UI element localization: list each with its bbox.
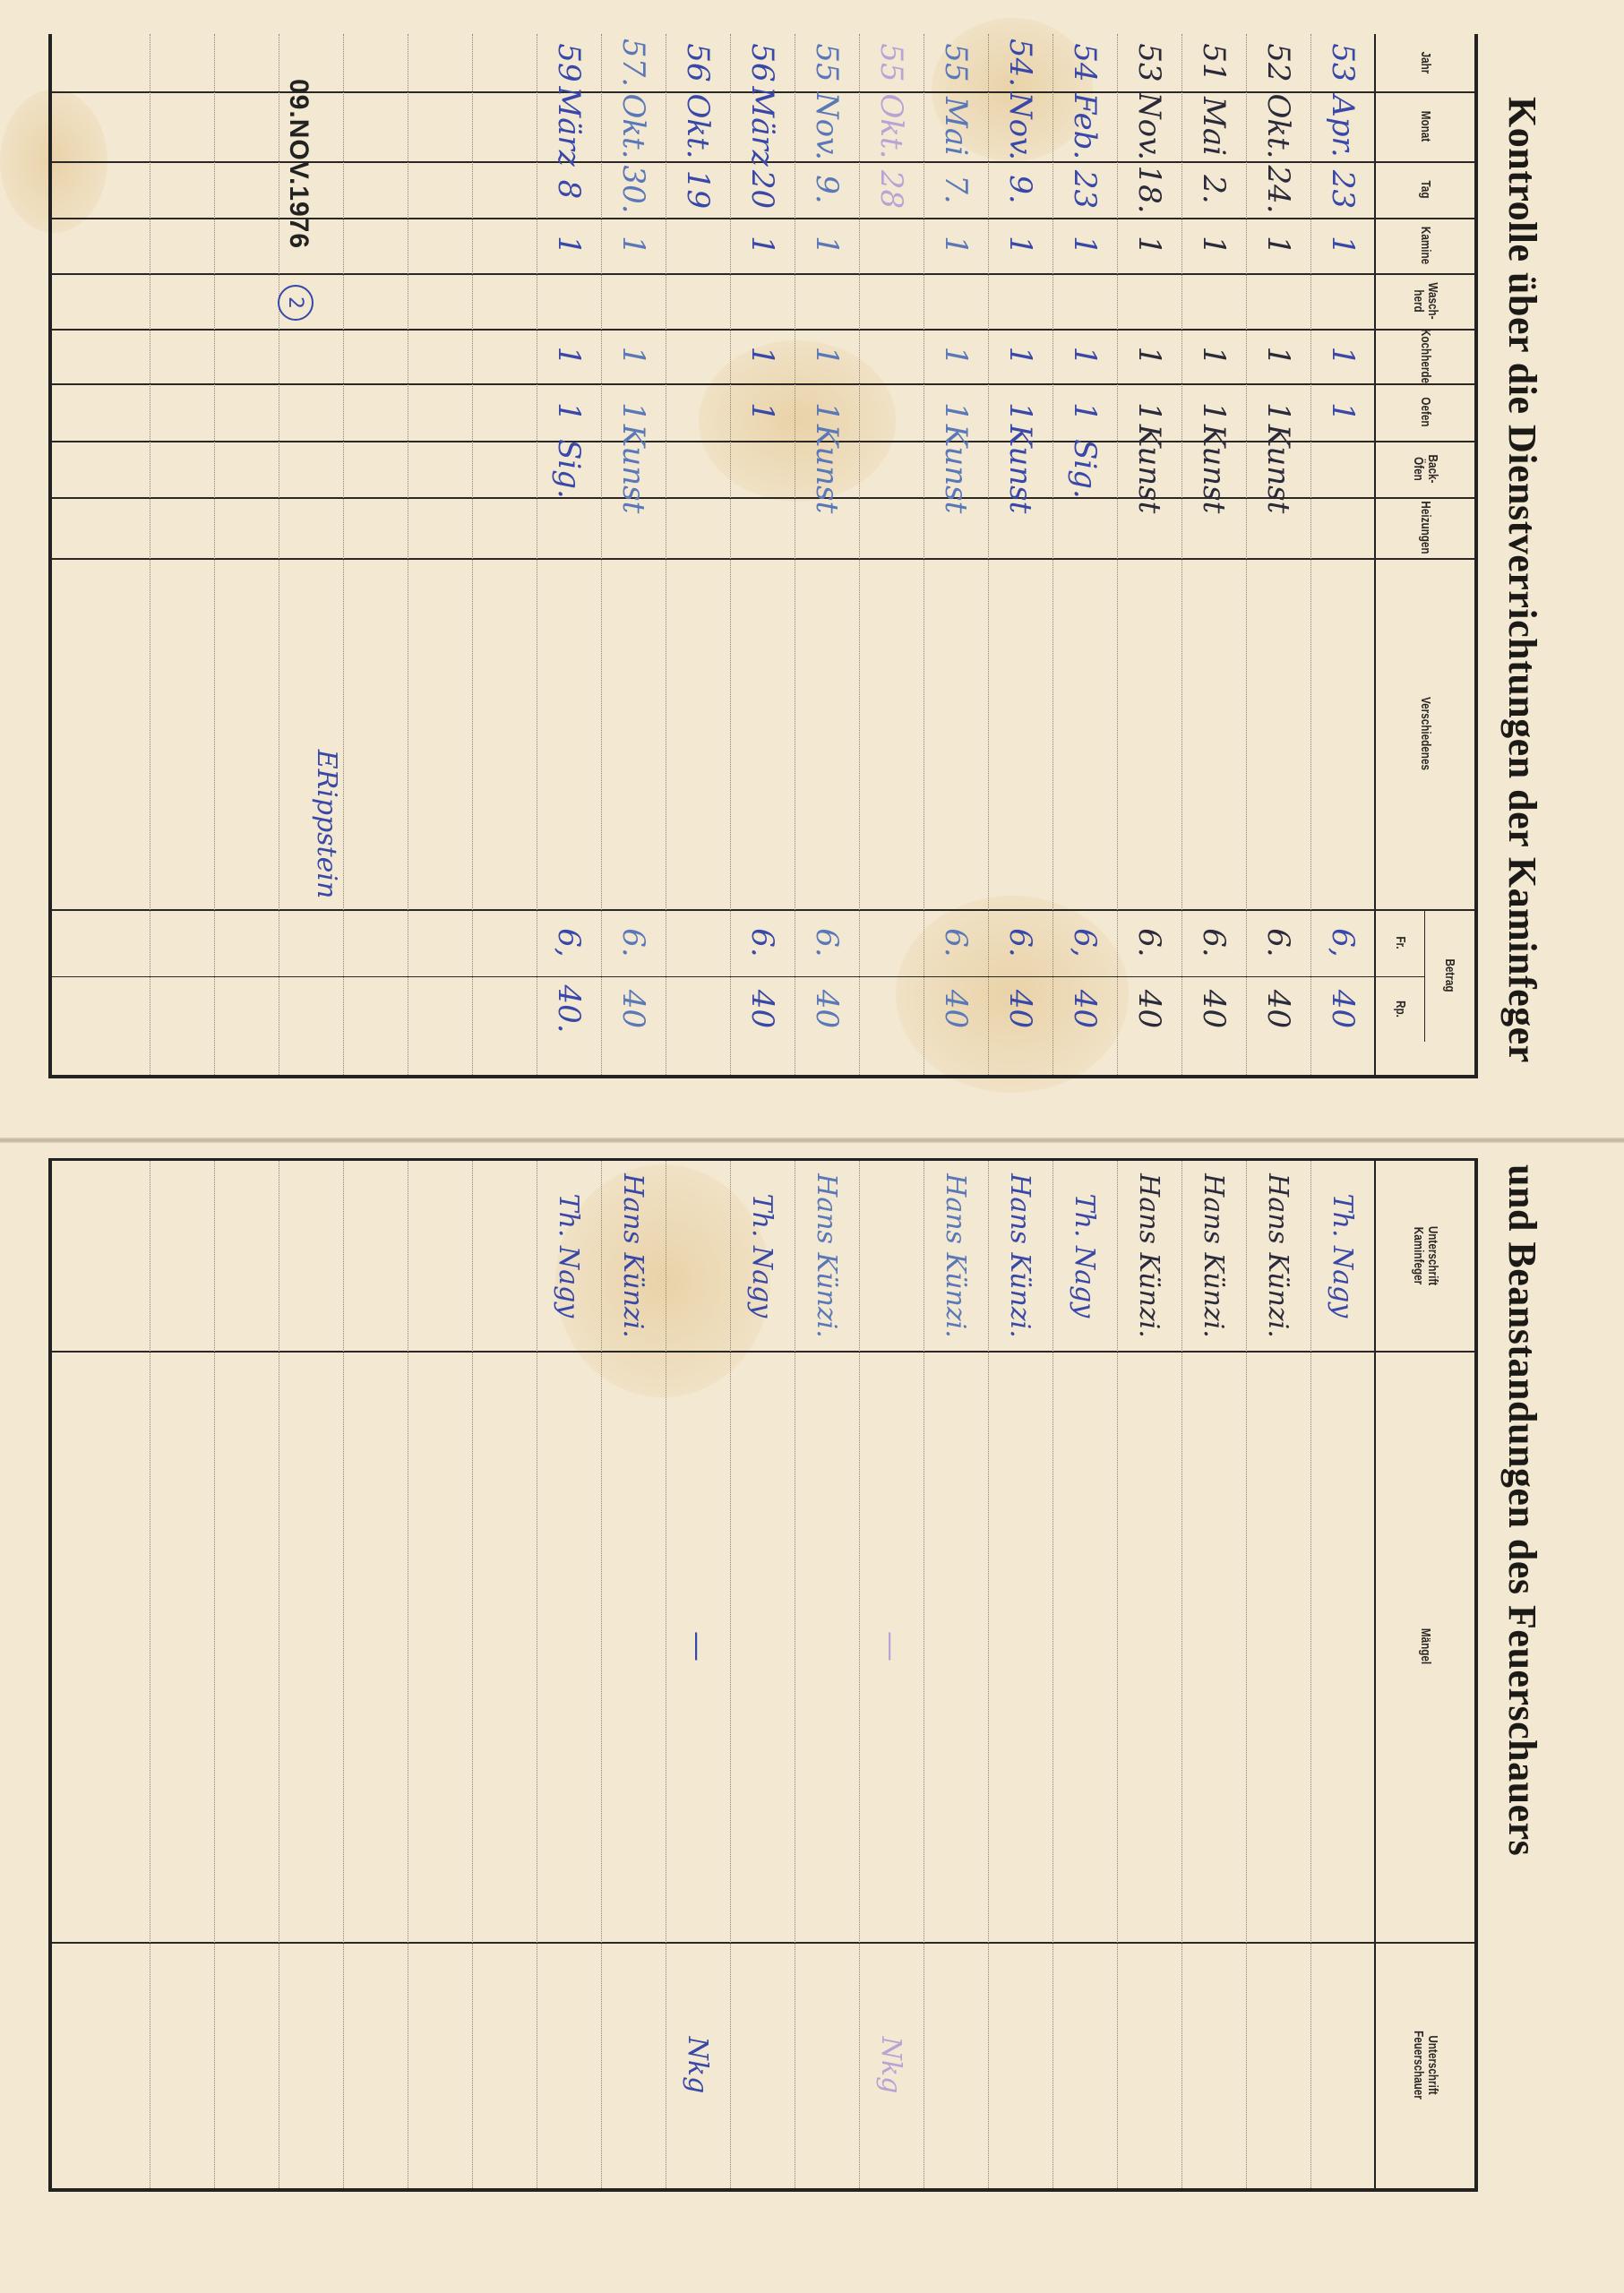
cell-rp: 40 [1247, 976, 1310, 1042]
cell-sign_kaminfeger: Hans Künzi. [602, 1161, 665, 1351]
cell-fr: 6. [602, 909, 665, 976]
row-divider [214, 34, 215, 1075]
cell-jahr: 51 [1182, 34, 1245, 91]
column-header-heizungen: Heizungen [1376, 503, 1474, 551]
cell-sign_kaminfeger: Hans Künzi. [989, 1161, 1052, 1351]
cell-maengel: — [860, 1351, 923, 1942]
cell-rp: 40 [795, 976, 858, 1042]
cell-sign_kaminfeger: Th. Nagy [1311, 1161, 1374, 1351]
cell-fr: 6, [537, 909, 600, 976]
row-divider [408, 34, 408, 1075]
cell-monat: Okt. [1247, 91, 1310, 161]
column-header-tag: Tag [1376, 167, 1474, 211]
cell-kochherde: 1 [1247, 329, 1310, 383]
cell-kochherde: 1 [1182, 329, 1245, 383]
cell-kochherde: 1 [795, 329, 858, 383]
cell-tag: 19 [666, 161, 729, 218]
column-divider [52, 558, 1474, 560]
cell-sign_feuerschauer: Nkg [860, 1942, 923, 2188]
cell-jahr: 57. [602, 34, 665, 91]
cell-monat: Nov. [989, 91, 1052, 161]
cell-monat: Nov. [795, 91, 858, 161]
cell-kochherde: 1 [1118, 329, 1181, 383]
cell-rp: 40 [731, 976, 794, 1042]
cell-kamine: 1 [1311, 218, 1374, 273]
column-header-fr: Fr. [1376, 916, 1425, 969]
cell-kochherde: 1 [537, 329, 600, 383]
row-divider [408, 1161, 408, 2188]
cell-monat: Apr. [1311, 91, 1374, 161]
column-header-betrag: Betrag [1425, 923, 1474, 1026]
cell-kochherde: 1 [1311, 329, 1374, 383]
row-divider [279, 34, 279, 1075]
cell-tag: 18. [1118, 161, 1181, 218]
column-header-oefen: Oefen [1376, 390, 1474, 434]
cell-jahr: 59 [537, 34, 600, 91]
cell-jahr: 56 [666, 34, 729, 91]
cell-jahr: 53 [1311, 34, 1374, 91]
cell-backoefen: Kunst [924, 441, 987, 497]
right-page-title: und Beanstandungen des Feuerschauers [1499, 1164, 1545, 1856]
cell-fr: 6, [1311, 909, 1374, 976]
cell-oefen: 1 [537, 383, 600, 441]
cell-kochherde: 1 [602, 329, 665, 383]
cell-backoefen: Kunst [1118, 441, 1181, 497]
cell-kochherde: 1 [731, 329, 794, 383]
betrag-divider [1424, 909, 1425, 1042]
booklet-fold [0, 1138, 1624, 1143]
cell-kochherde: 1 [924, 329, 987, 383]
cell-oefen: 1 [1053, 383, 1116, 441]
cell-kamine: 1 [1182, 218, 1245, 273]
cell-tag: 28 [860, 161, 923, 218]
cell-fr: 6. [1247, 909, 1310, 976]
cell-monat: Mai [1182, 91, 1245, 161]
cell-fr: 6. [1182, 909, 1245, 976]
cell-fr: 6. [1118, 909, 1181, 976]
cell-monat: Okt. [860, 91, 923, 161]
cell-tag: 23 [1311, 161, 1374, 218]
cell-tag: 8 [537, 161, 600, 218]
row-divider [150, 34, 150, 1075]
cell-sign_kaminfeger: Hans Künzi. [1247, 1161, 1310, 1351]
cell-kochherde: 1 [1053, 329, 1116, 383]
cell-kamine: 1 [602, 218, 665, 273]
cell-kamine: 1 [1053, 218, 1116, 273]
cell-backoefen: Kunst [602, 441, 665, 497]
cell-kamine: 1 [924, 218, 987, 273]
cell-tag: 23 [1053, 161, 1116, 218]
row-divider [472, 1161, 473, 2188]
cell-tag: 30. [602, 161, 665, 218]
cell-kamine: 1 [795, 218, 858, 273]
cell-tag: 7. [924, 161, 987, 218]
column-header-jahr: Jahr [1376, 40, 1474, 85]
cell-monat: Feb. [1053, 91, 1116, 161]
column-header-kamine: Kamine [1376, 224, 1474, 267]
column-header-sign_feuerschauer: Unterschrift Feuerschauer [1376, 1969, 1474, 2161]
cell-rp: 40 [924, 976, 987, 1042]
column-divider [52, 1351, 1474, 1353]
cell-jahr: 54 [1053, 34, 1116, 91]
column-header-kochherde: Kochherde [1376, 335, 1474, 378]
column-header-waschherd: Wasch- herd [1376, 279, 1474, 322]
cell-tag: 24. [1247, 161, 1310, 218]
cell-oefen: 1 [731, 383, 794, 441]
circled-number: 2 [278, 285, 314, 321]
cell-tag: 9. [989, 161, 1052, 218]
cell-fr: 6. [989, 909, 1052, 976]
cell-oefen: 1 [1311, 383, 1374, 441]
column-header-monat: Monat [1376, 99, 1474, 154]
cell-sign_feuerschauer: Nkg [666, 1942, 729, 2188]
column-header-backoefen: Back-Öfen [1376, 447, 1474, 491]
cell-jahr: 55 [795, 34, 858, 91]
cell-jahr: 56 [731, 34, 794, 91]
cell-rp: 40 [1118, 976, 1181, 1042]
cell-jahr: 55 [924, 34, 987, 91]
cell-backoefen: Sig. [1053, 441, 1116, 497]
column-header-maengel: Mängel [1376, 1416, 1474, 1877]
cell-fr: 6, [1053, 909, 1116, 976]
cell-rp: 40 [1182, 976, 1245, 1042]
cell-rp: 40 [602, 976, 665, 1042]
cell-sign_kaminfeger: Th. Nagy [731, 1161, 794, 1351]
cell-backoefen: Kunst [795, 441, 858, 497]
cell-tag: 9. [795, 161, 858, 218]
cell-monat: Mai [924, 91, 987, 161]
cell-fr: 6. [731, 909, 794, 976]
cell-rp: 40 [1053, 976, 1116, 1042]
cell-sign_kaminfeger: Th. Nagy [537, 1161, 600, 1351]
cell-monat: März [731, 91, 794, 161]
column-header-sign_kaminfeger: Unterschrift Kaminfeger [1376, 1181, 1474, 1329]
cell-tag: 20 [731, 161, 794, 218]
cell-monat: Okt. [602, 91, 665, 161]
row-divider [343, 34, 344, 1075]
cell-tag: 2. [1182, 161, 1245, 218]
inspection-table: Unterschrift KaminfegerMängelUnterschrif… [48, 1158, 1478, 2192]
cell-jahr: 55 [860, 34, 923, 91]
cell-jahr: 53 [1118, 34, 1181, 91]
cell-backoefen: Kunst [989, 441, 1052, 497]
cell-rp: 40. [537, 976, 600, 1042]
cell-jahr: 54. [989, 34, 1052, 91]
column-divider [52, 273, 1474, 275]
column-header-rp: Rp. [1376, 983, 1425, 1035]
row-divider [472, 34, 473, 1075]
left-page-title: Kontrolle über die Dienstverrichtungen d… [1499, 97, 1545, 1063]
column-divider [52, 1942, 1474, 1944]
cell-sign_kaminfeger: Hans Künzi. [795, 1161, 858, 1351]
row-divider [343, 1161, 344, 2188]
cell-backoefen: Kunst [1182, 441, 1245, 497]
inspection-table-header: Unterschrift KaminfegerMängelUnterschrif… [1374, 1161, 1474, 2188]
column-header-verschiedenes: Verschiedenes [1376, 597, 1474, 871]
cell-jahr: 52 [1247, 34, 1310, 91]
cell-monat: Okt. [666, 91, 729, 161]
row-divider [214, 1161, 215, 2188]
verschiedenes-signature: ERippstein [296, 734, 358, 914]
cell-sign_kaminfeger: Hans Künzi. [1118, 1161, 1181, 1351]
cell-sign_kaminfeger: Th. Nagy [1053, 1161, 1116, 1351]
cell-rp: 40 [989, 976, 1052, 1042]
date-stamp: 09.NOV.1976 [283, 79, 314, 249]
cell-backoefen: Sig. [537, 441, 600, 497]
cell-kamine: 1 [1118, 218, 1181, 273]
booklet-spread: Kontrolle über die Dienstverrichtungen d… [0, 0, 1624, 2293]
cell-kochherde: 1 [989, 329, 1052, 383]
cell-monat: März [537, 91, 600, 161]
cell-kamine: 1 [537, 218, 600, 273]
cell-monat: Nov. [1118, 91, 1181, 161]
row-divider [279, 1161, 279, 2188]
cell-fr: 6. [795, 909, 858, 976]
cell-maengel: — [666, 1351, 729, 1942]
cell-kamine: 1 [1247, 218, 1310, 273]
cell-sign_kaminfeger: Hans Künzi. [924, 1161, 987, 1351]
cell-fr: 6. [924, 909, 987, 976]
cell-sign_kaminfeger: Hans Künzi. [1182, 1161, 1245, 1351]
services-table: JahrMonatTagKamineWasch- herdKochherdeOe… [48, 34, 1478, 1078]
cell-kamine: 1 [731, 218, 794, 273]
services-table-header: JahrMonatTagKamineWasch- herdKochherdeOe… [1374, 34, 1474, 1075]
row-divider [150, 1161, 150, 2188]
cell-rp: 40 [1311, 976, 1374, 1042]
cell-backoefen: Kunst [1247, 441, 1310, 497]
cell-kamine: 1 [989, 218, 1052, 273]
